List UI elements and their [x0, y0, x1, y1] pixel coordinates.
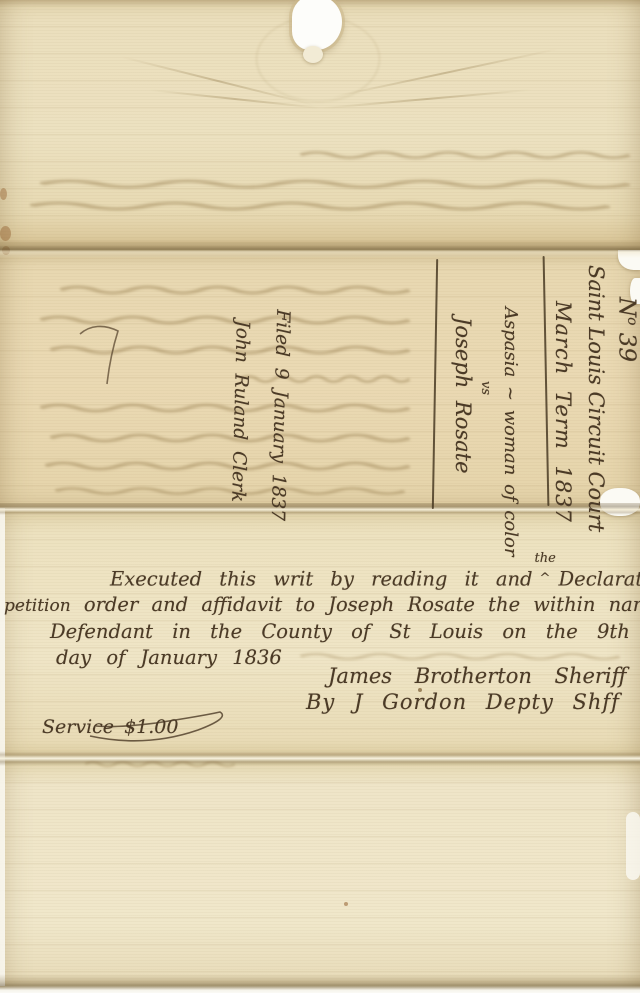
paper-bottom-flap — [0, 758, 640, 993]
docket-rule-gap — [521, 255, 545, 520]
deputy-signature: By J Gordon Depty Shff — [306, 690, 620, 714]
filing-annotation: Filed 9 January 1837 John Ruland Clerk — [193, 303, 299, 521]
return-line-2: petition order and affidavit to Joseph R… — [4, 593, 640, 616]
sheriff-signature: James Brotherton Sheriff — [328, 664, 627, 688]
inserted-word: the — [535, 551, 556, 566]
torn-edge — [626, 812, 640, 880]
stray-ink-mark — [76, 320, 124, 390]
plaintiff-name: Aspasia ~ woman of color — [493, 255, 521, 520]
scan-edge-sliver — [0, 508, 5, 986]
return-line-4: day of January 1836 — [56, 646, 282, 669]
case-number: No 39 — [608, 255, 640, 520]
ink-spot — [344, 902, 348, 906]
punch-hole-fragment — [303, 46, 323, 63]
docket-label-block: No 39 Saint Louis Circuit Court March Te… — [425, 255, 640, 520]
clerk-name: John Ruland Clerk — [212, 304, 254, 520]
insertion-caret: ^ — [540, 571, 551, 586]
court-name: Saint Louis Circuit Court — [575, 255, 608, 520]
margin-word-petition: petition — [4, 596, 71, 616]
edge-stain — [0, 226, 11, 241]
versus-label: vs — [475, 255, 493, 520]
edge-stain — [2, 246, 10, 255]
return-line-3: Defendant in the County of St Louis on t… — [50, 620, 630, 643]
insertion-group: the^ — [533, 566, 559, 586]
filed-date: Filed 9 January 1837 — [248, 305, 299, 521]
court-term: March Term 1837 — [545, 255, 575, 520]
return-line-1: Executed this writ by reading it andthe^… — [110, 566, 640, 591]
document-scan: No 39 Saint Louis Circuit Court March Te… — [0, 0, 640, 993]
defendant-name: Joseph Rosate — [445, 255, 475, 520]
edge-stain — [0, 188, 7, 200]
fee-flourish — [86, 706, 238, 748]
